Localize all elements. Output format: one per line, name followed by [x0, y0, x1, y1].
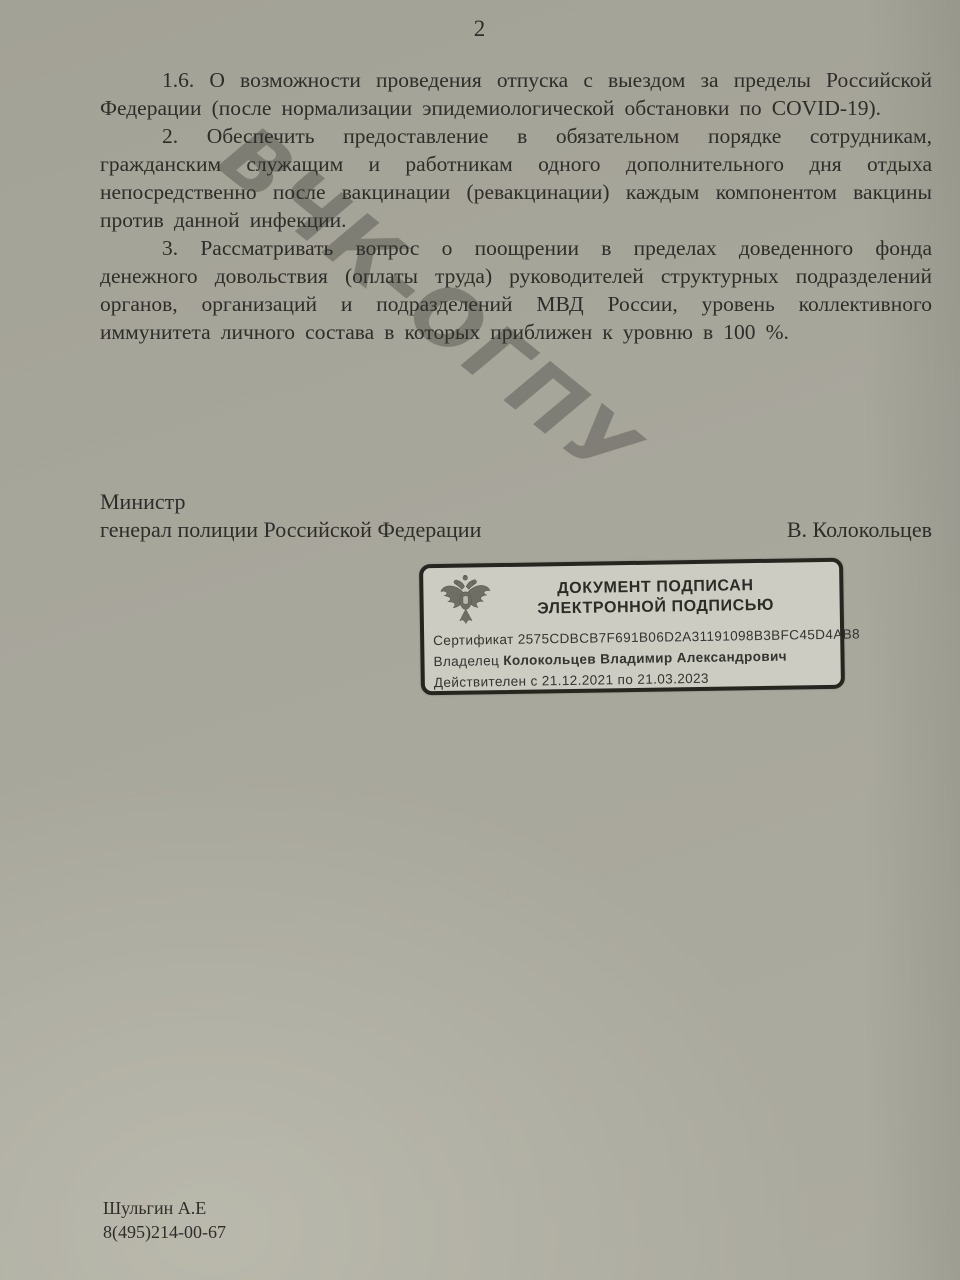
stamp-title: ДОКУМЕНТ ПОДПИСАН ЭЛЕКТРОННОЙ ПОДПИСЬЮ [494, 575, 831, 620]
page-number: 2 [0, 16, 960, 42]
minister-title-line2: генерал полиции Российской Федерации [100, 516, 481, 544]
stamp-details: Сертификат 2575CDBCB7F691B06D2A31191098B… [433, 624, 832, 693]
stamp-title-line2: ЭЛЕКТРОННОЙ ПОДПИСЬЮ [495, 595, 817, 620]
minister-title: Министр генерал полиции Российской Федер… [100, 488, 481, 544]
certificate-label: Сертификат [433, 632, 514, 648]
electronic-signature-stamp: ДОКУМЕНТ ПОДПИСАН ЭЛЕКТРОННОЙ ПОДПИСЬЮ С… [419, 558, 845, 696]
paragraph-1-6: 1.6. О возможности проведения отпуска с … [100, 66, 932, 122]
executor-name: Шульгин А.Е [103, 1196, 226, 1220]
signature-block: Министр генерал полиции Российской Федер… [100, 488, 932, 544]
mvd-eagle-emblem-icon [436, 572, 495, 629]
paragraph-2: 2. Обеспечить предоставление в обязатель… [100, 122, 932, 234]
document-body: 1.6. О возможности проведения отпуска с … [100, 66, 932, 346]
minister-name: В. Колокольцев [787, 516, 932, 544]
executor-phone: 8(495)214-00-67 [103, 1220, 226, 1244]
document-photo: { "page": { "number": "2" }, "document":… [0, 0, 960, 1280]
minister-title-line1: Министр [100, 488, 481, 516]
owner-value: Колокольцев Владимир Александрович [503, 649, 787, 668]
executor-block: Шульгин А.Е 8(495)214-00-67 [103, 1196, 226, 1244]
stamp-header: ДОКУМЕНТ ПОДПИСАН ЭЛЕКТРОННОЙ ПОДПИСЬЮ [432, 567, 831, 629]
owner-label: Владелец [433, 653, 499, 669]
paragraph-3: 3. Рассматривать вопрос о поощрении в пр… [100, 234, 932, 346]
certificate-value: 2575CDBCB7F691B06D2A31191098B3BFC45D4AB8 [518, 626, 860, 646]
